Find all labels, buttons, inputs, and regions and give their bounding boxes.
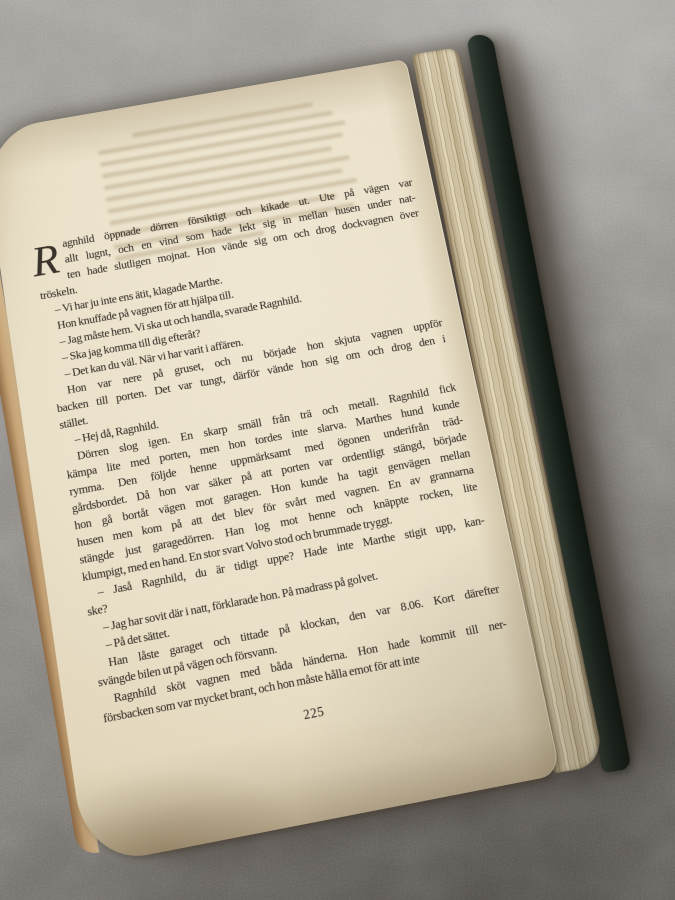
- book-photo: Ragnhild öppnade dörren försiktigt och k…: [0, 0, 675, 900]
